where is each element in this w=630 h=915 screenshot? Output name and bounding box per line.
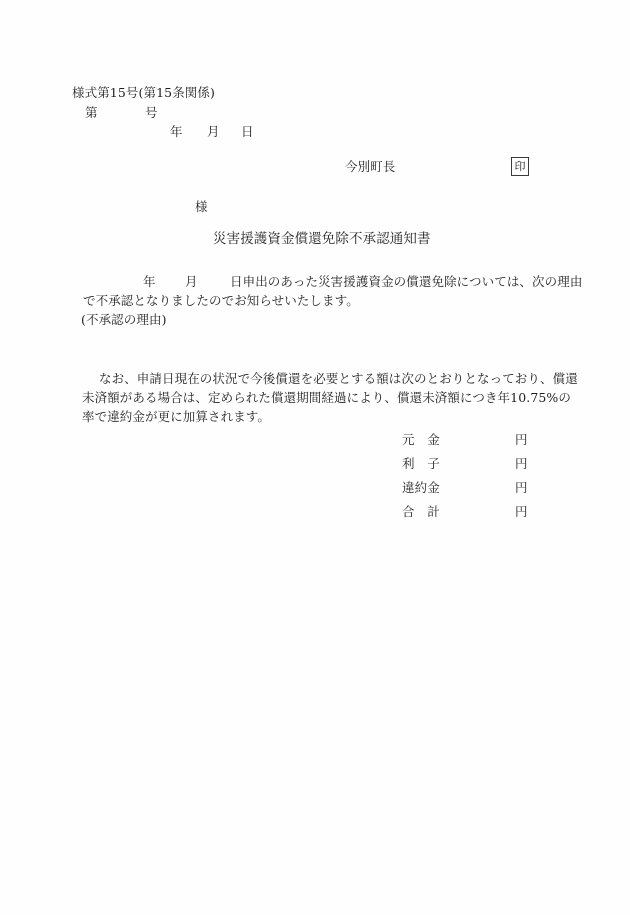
seal-box: 印: [511, 157, 529, 176]
document-title: 災害援護資金償還免除不承認通知書: [213, 232, 431, 246]
sender-name: 今別町長: [345, 160, 395, 174]
addressee-honorific: 様: [195, 200, 208, 214]
body-p1-date-month: 月: [185, 275, 198, 289]
issue-date-year-label: 年: [170, 125, 183, 139]
amount-row-interest-unit: 円: [515, 457, 528, 471]
amount-row-principal-unit: 円: [515, 433, 528, 447]
amount-row-penalty-unit: 円: [515, 481, 528, 495]
document-number-prefix: 第: [85, 106, 98, 120]
body-p1-date-year: 年: [143, 275, 156, 289]
seal-mark: 印: [515, 161, 526, 172]
amount-row-penalty-label: 違約金: [402, 481, 440, 495]
body-p1-line2: で不承認となりましたのでお知らせいたします。: [83, 294, 359, 308]
body-p1-line1: 日申出のあった災害援護資金の償還免除については、次の理由: [230, 275, 582, 289]
disapproval-reason-label: (不承認の理由): [81, 313, 167, 327]
issue-date-month-label: 月: [207, 125, 220, 139]
amount-row-total-label: 合 計: [402, 505, 440, 519]
form-reference: 様式第15号(第15条関係): [72, 86, 215, 100]
body-p2-line2: 未済額がある場合は、定められた償還期間経過により、償還未済額につき年10.75%…: [82, 391, 571, 405]
document-number-suffix: 号: [145, 106, 158, 120]
amount-row-total-unit: 円: [515, 505, 528, 519]
body-p2-line1: なお、申請日現在の状況で今後償還を必要とする額は次のとおりとなっており、償還: [99, 372, 578, 386]
body-p2-line3: 率で違約金が更に加算されます。: [82, 410, 270, 424]
notice-document-page: 様式第15号(第15条関係) 第 号 年 月 日 今別町長 印 様 災害援護資金…: [0, 0, 630, 915]
amount-row-principal-label: 元 金: [402, 433, 440, 447]
issue-date-day-label: 日: [241, 125, 254, 139]
amount-row-interest-label: 利 子: [402, 457, 440, 471]
